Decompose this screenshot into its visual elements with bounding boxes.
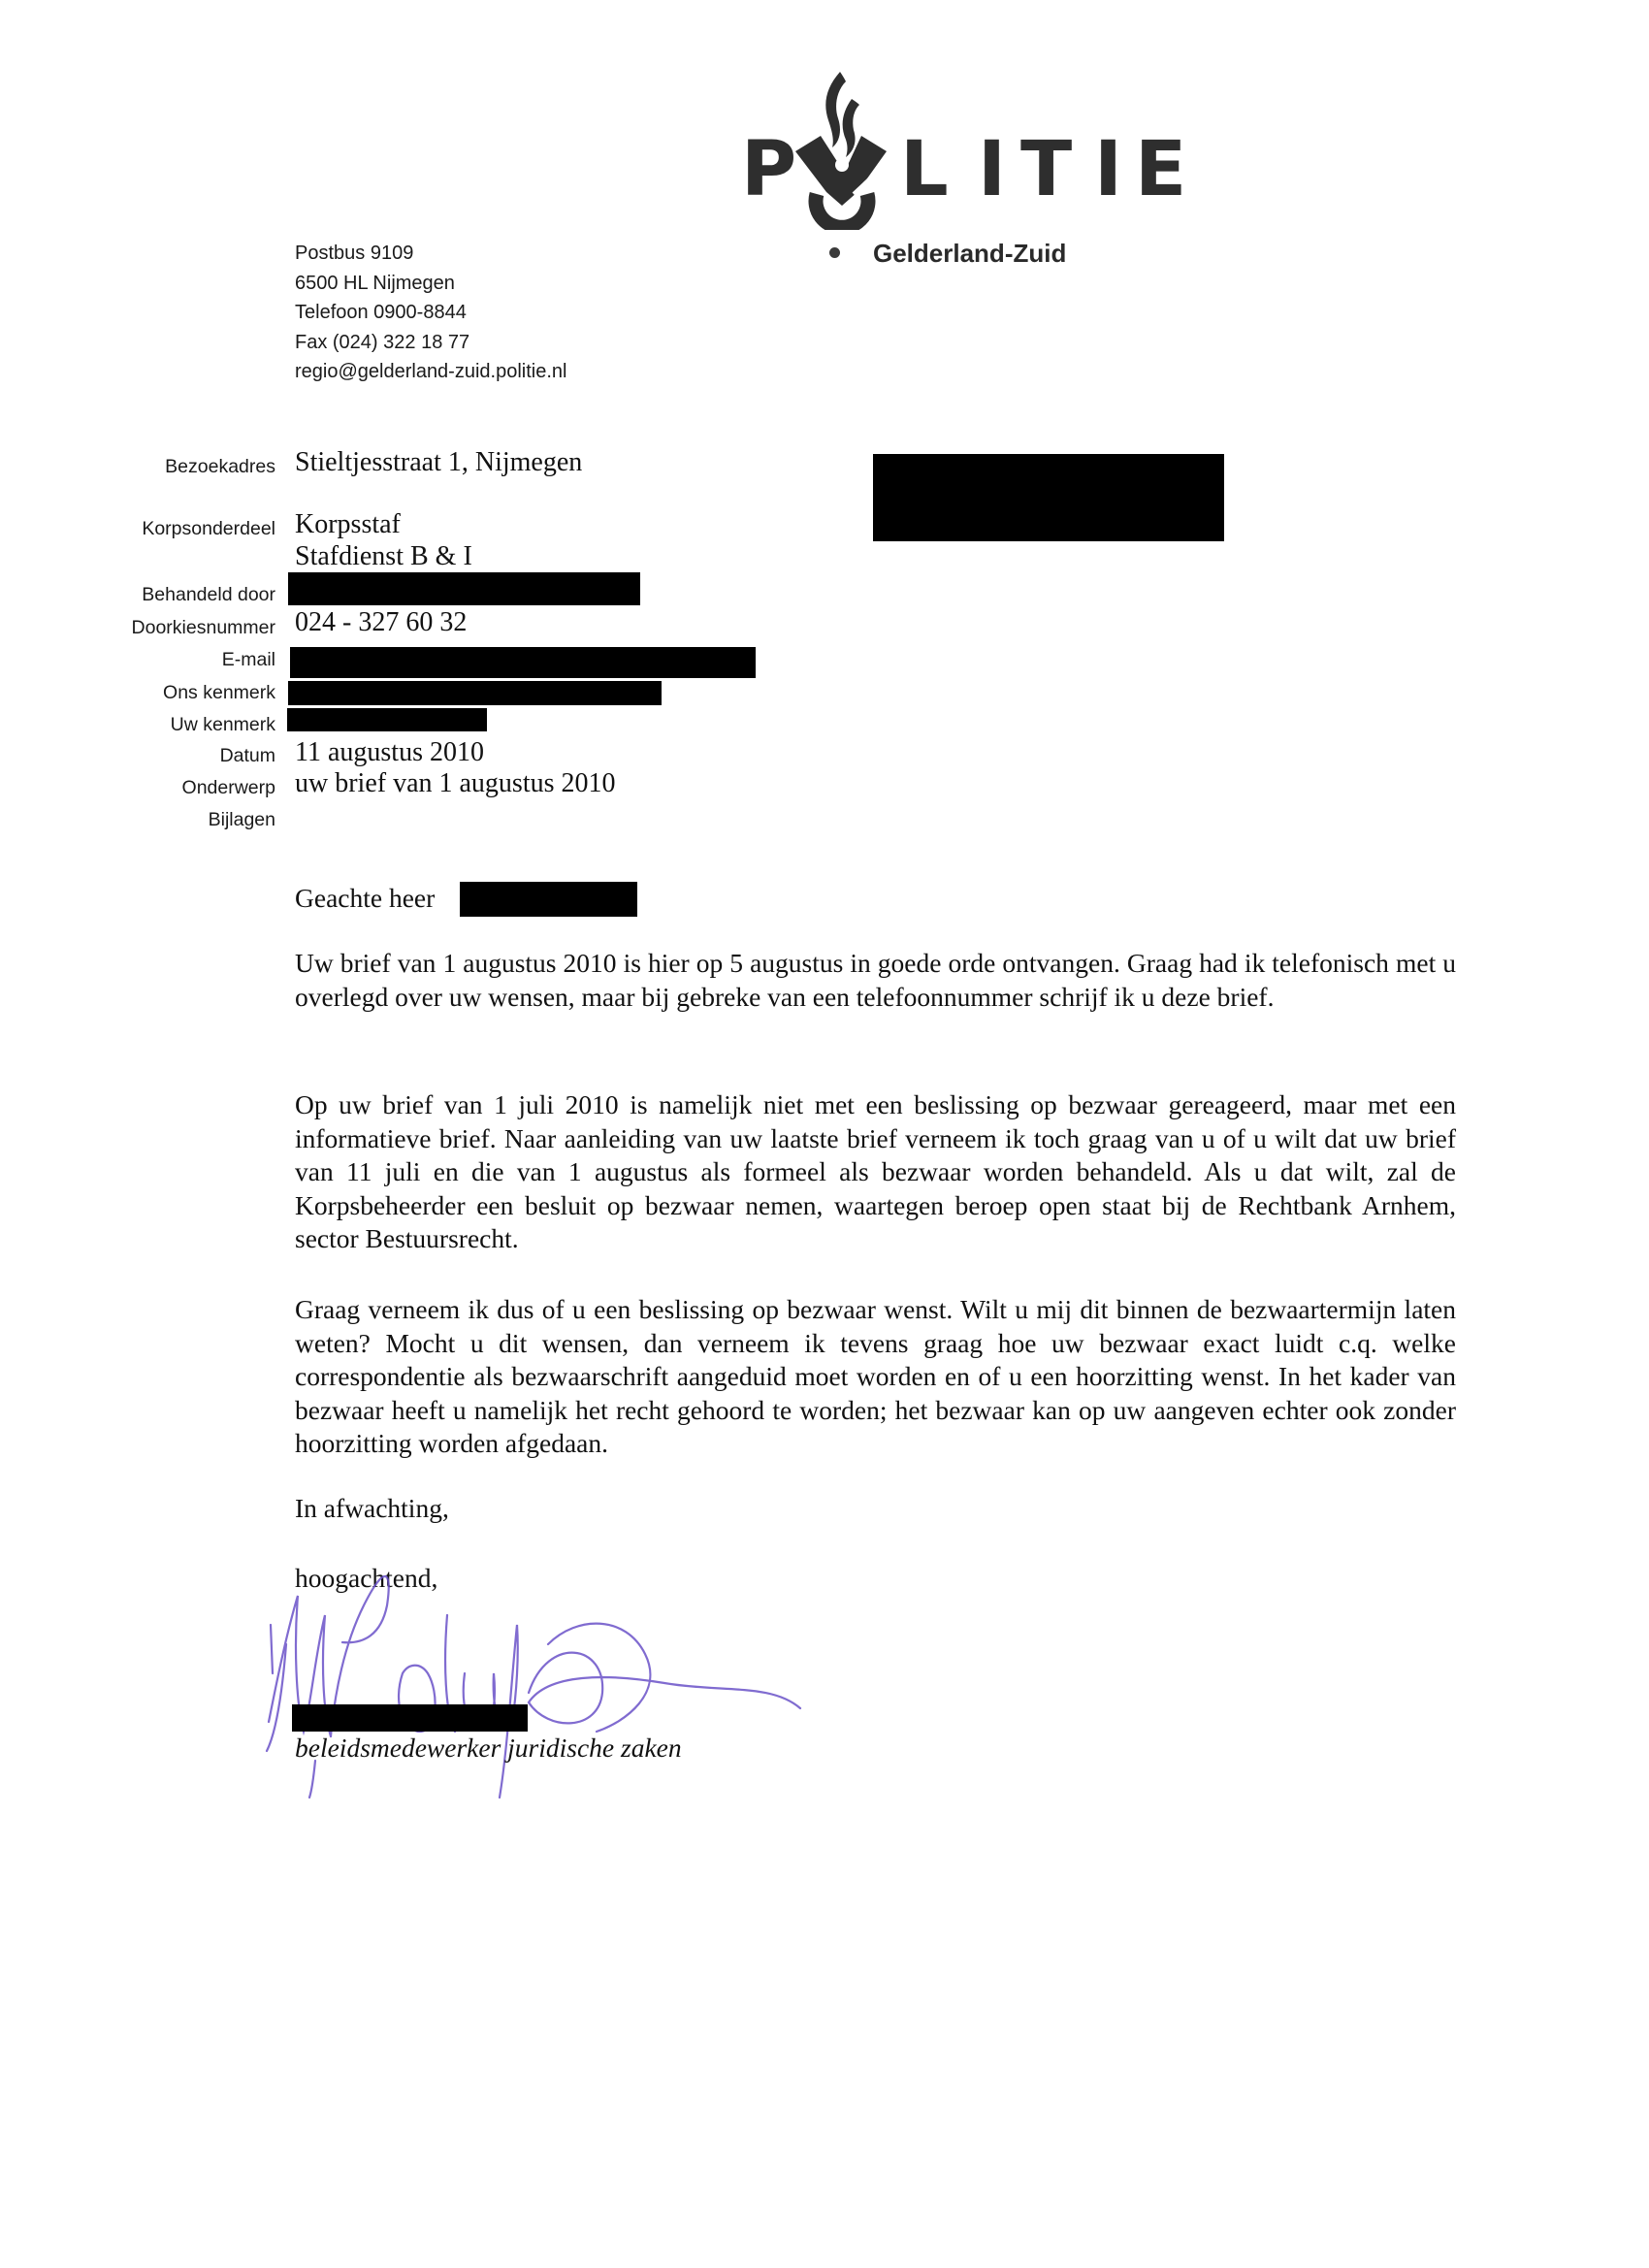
closing-line-1: In afwachting, (295, 1492, 449, 1526)
value-korpsonderdeel-2: Stafdienst B & I (295, 541, 472, 572)
paragraph-2: Op uw brief van 1 juli 2010 is namelijk … (295, 1088, 1456, 1256)
police-emblem-icon (793, 70, 890, 230)
value-onderwerp: uw brief van 1 augustus 2010 (295, 768, 616, 799)
email-address: regio@gelderland-zuid.politie.nl (295, 357, 566, 387)
label-doorkiesnummer: Doorkiesnummer (132, 617, 275, 639)
label-uw-kenmerk: Uw kenmerk (171, 714, 275, 736)
signer-title: beleidsmedewerker juridische zaken (295, 1733, 682, 1764)
redacted-recipient-address (873, 454, 1224, 541)
politie-logo: P L I T I E (737, 70, 1183, 235)
logo-letter-e: E (1135, 132, 1186, 208)
sender-address: Postbus 9109 6500 HL Nijmegen Telefoon 0… (295, 239, 566, 387)
label-onderwerp: Onderwerp (182, 777, 275, 799)
redacted-signer-name (292, 1704, 528, 1732)
value-bezoekadres: Stieltjesstraat 1, Nijmegen (295, 447, 582, 478)
region-name: Gelderland-Zuid (829, 239, 1066, 269)
label-behandeld-door: Behandeld door (142, 584, 275, 606)
address-line: Telefoon 0900-8844 (295, 298, 566, 328)
address-line: 6500 HL Nijmegen (295, 269, 566, 299)
logo-letter-l: L (900, 132, 949, 208)
redacted-email (290, 647, 756, 678)
address-line: Fax (024) 322 18 77 (295, 328, 566, 358)
label-bijlagen: Bijlagen (209, 809, 275, 831)
redacted-behandeld-door (288, 572, 640, 605)
value-doorkiesnummer: 024 - 327 60 32 (295, 607, 467, 638)
label-datum: Datum (220, 745, 275, 767)
label-bezoekadres: Bezoekadres (165, 456, 275, 478)
paragraph-1: Uw brief van 1 augustus 2010 is hier op … (295, 947, 1456, 1014)
value-datum: 11 augustus 2010 (295, 737, 484, 768)
bullet-dot-icon (829, 247, 840, 258)
logo-letter-t: T (1020, 132, 1072, 208)
redacted-ons-kenmerk (288, 681, 662, 705)
redacted-recipient-name (460, 882, 637, 917)
redacted-uw-kenmerk (287, 708, 487, 731)
address-line: Postbus 9109 (295, 239, 566, 269)
salutation: Geachte heer (295, 882, 435, 916)
logo-letter-i2: I (1094, 132, 1122, 208)
label-ons-kenmerk: Ons kenmerk (163, 682, 275, 704)
logo-letter-p: P (741, 132, 796, 208)
paragraph-3: Graag verneem ik dus of u een beslissing… (295, 1293, 1456, 1461)
value-korpsonderdeel-1: Korpsstaf (295, 509, 401, 540)
label-korpsonderdeel: Korpsonderdeel (142, 518, 275, 540)
region-label: Gelderland-Zuid (873, 239, 1066, 268)
label-email: E-mail (222, 649, 275, 671)
logo-letter-i: I (978, 132, 1006, 208)
